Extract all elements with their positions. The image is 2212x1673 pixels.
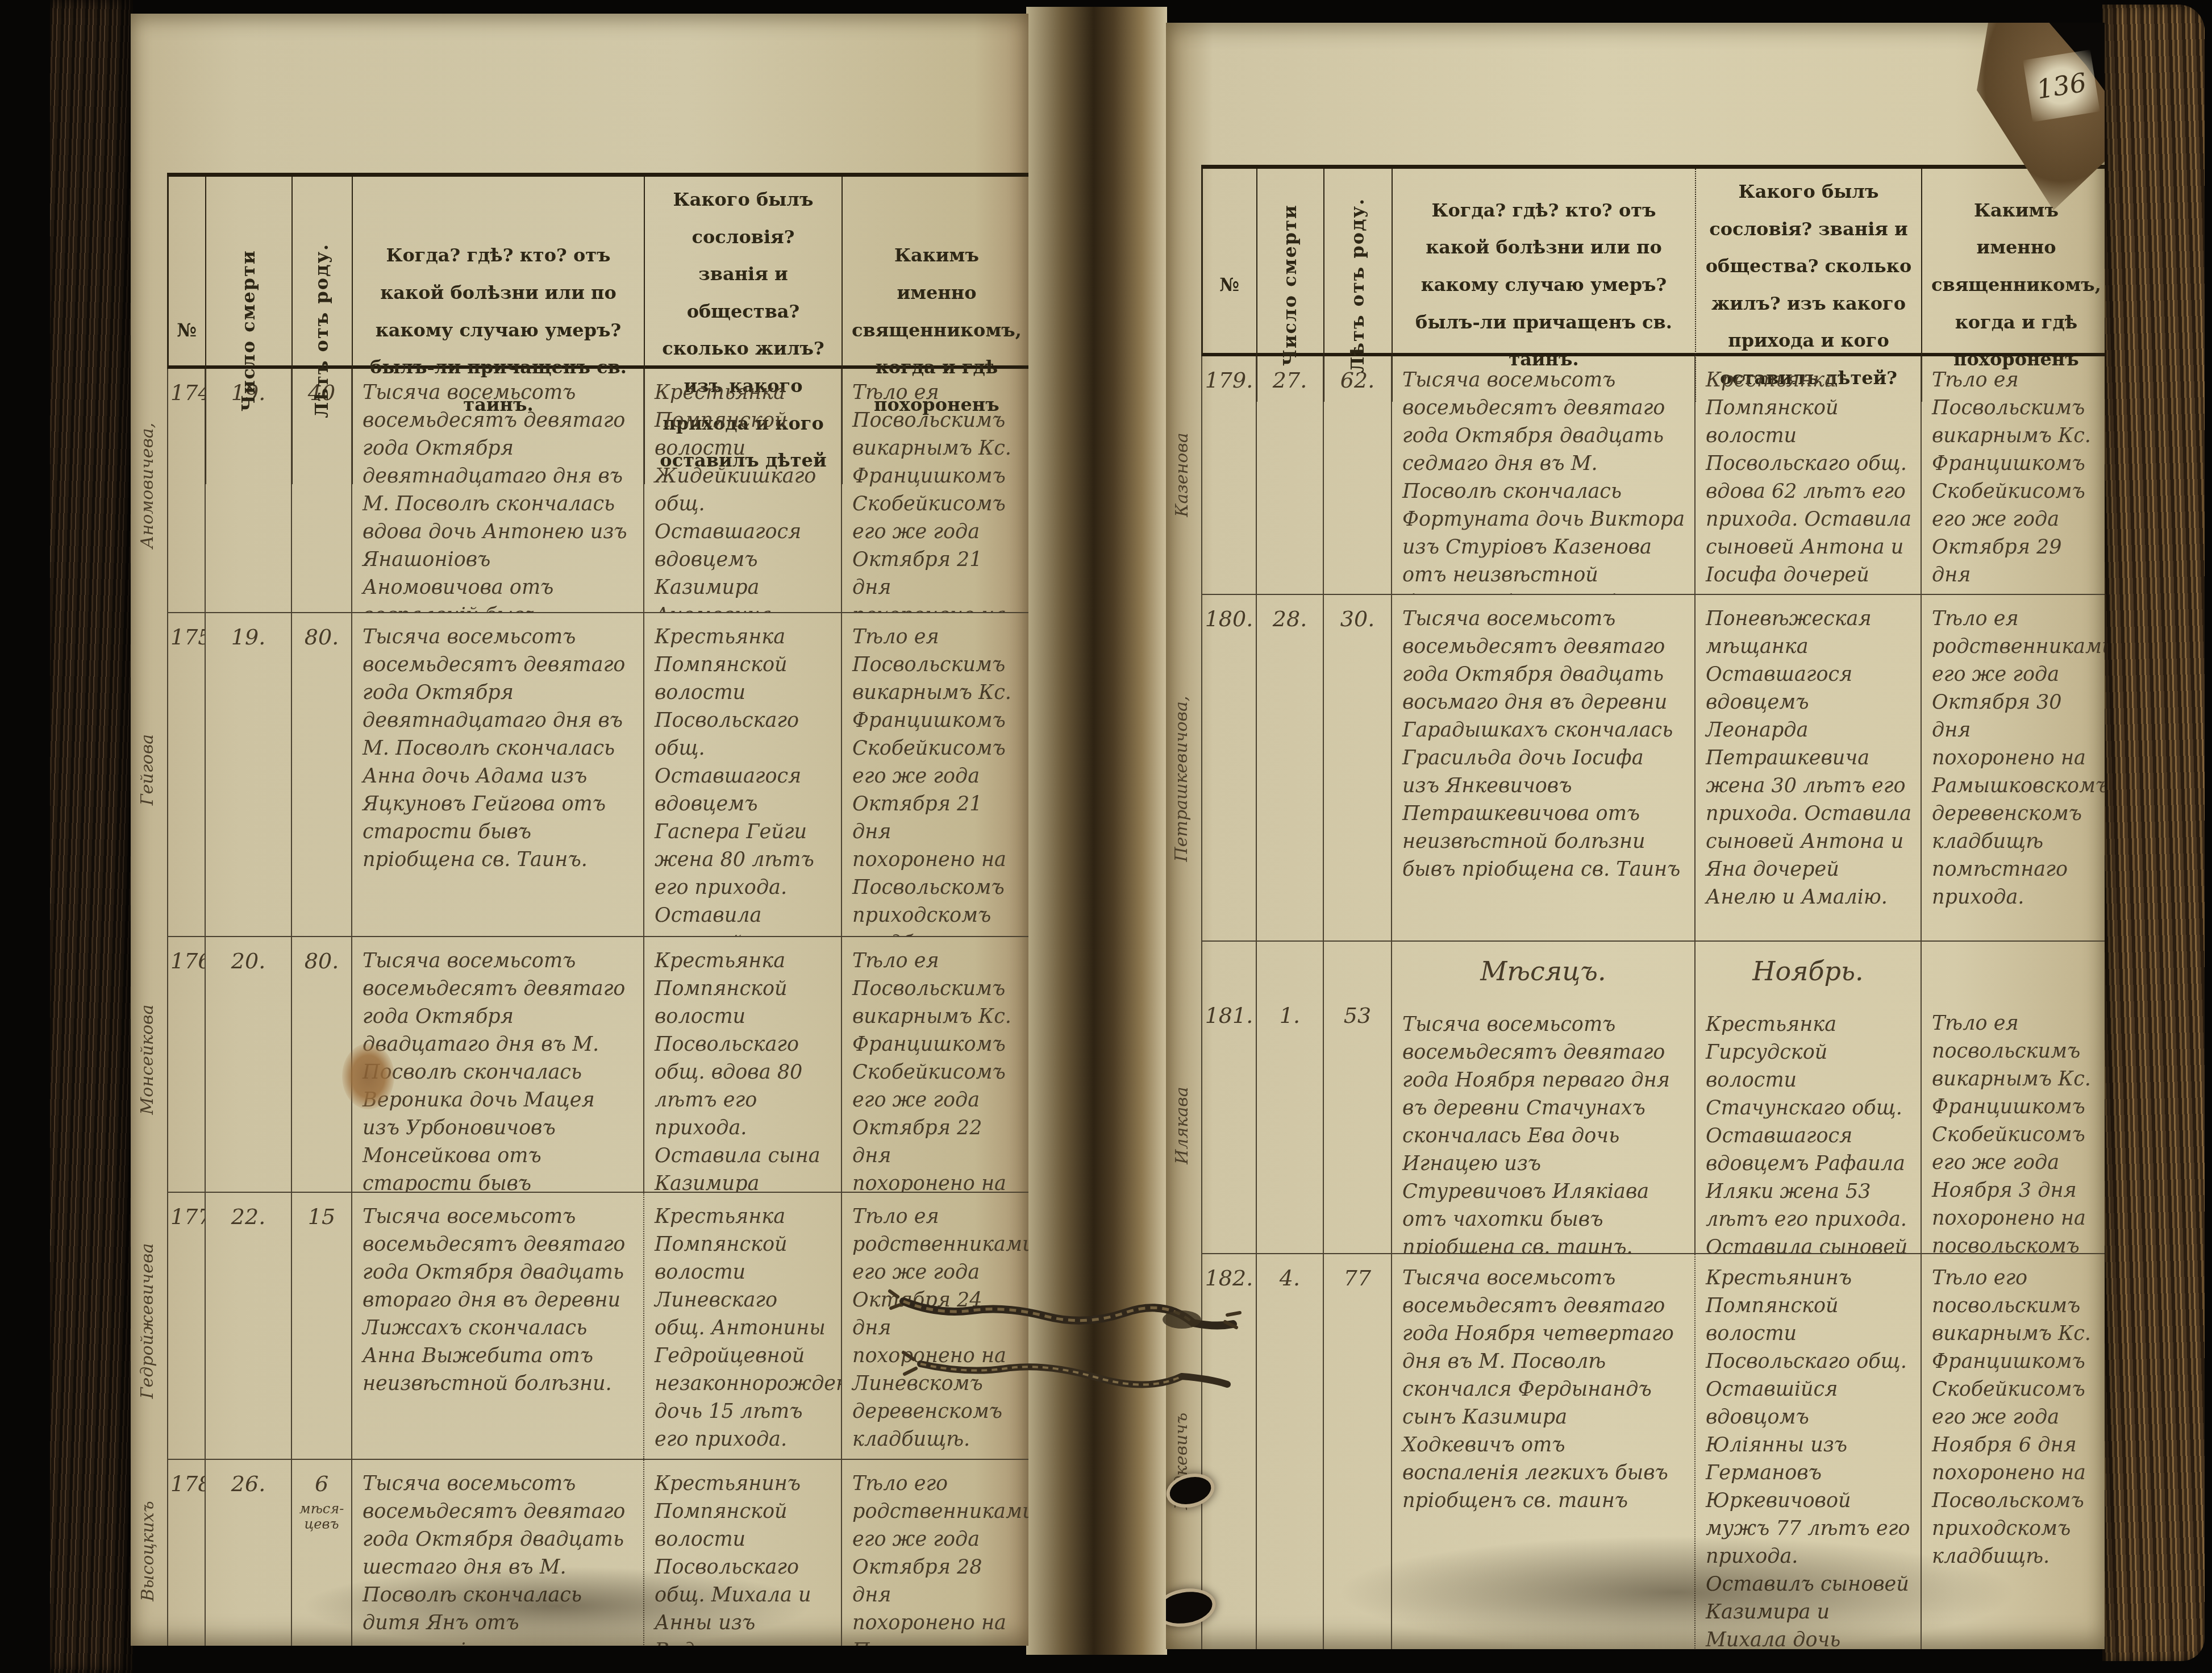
row-number: 176. (168, 937, 206, 1192)
margin-surname: Аномовичева, (132, 355, 164, 616)
age-unit: мѣся- цевъ (294, 1501, 349, 1531)
margin-surname: Илякава (1166, 966, 1198, 1284)
death-register-table-right: № Число смерти Лѣтъ отъ роду. Когда? гдѣ… (1201, 165, 2105, 1649)
age: 62. (1324, 356, 1392, 594)
table-row: 180. 28. 30. Тысяча восемьсотъ восемьдес… (1201, 595, 2105, 942)
event-cell: Тысяча восемьсотъ восемьдесятъ девятаго … (352, 613, 644, 936)
burial-cell: Тѣло ея Посвольскимъ викарнымъ Кс. Франц… (842, 937, 1028, 1192)
death-day: 1. (1257, 942, 1324, 1253)
event-cell: Тысяча восемьсотъ восемьдесятъ девятаго … (352, 937, 644, 1192)
margin-surname: Петрашкевичова, (1166, 597, 1198, 960)
age: 53 (1324, 942, 1392, 1253)
estate-cell: Крестьянка Помпянской волости Линевскаго… (644, 1193, 842, 1459)
burial-cell: Тѣло ея родственниками его же года Октяб… (1922, 595, 2105, 940)
death-day: 20. (206, 937, 292, 1192)
death-day: 4. (1257, 1254, 1324, 1649)
margin-surname: Казенова (1166, 347, 1198, 602)
burial-cell: Тѣло ея посвольскимъ викарнымъ Кс. Франц… (1922, 942, 2105, 1253)
margin-surname: Гейгова (132, 599, 164, 940)
burial-cell: Тѣло его родственниками его же года Октя… (842, 1460, 1028, 1646)
row-number: 175. (168, 613, 206, 936)
binding-thread (886, 1267, 1250, 1426)
death-day: 22. (206, 1193, 292, 1459)
event-cell: Тысяча восемьсотъ восемьдесятъ девятаго … (352, 1193, 644, 1459)
table-row: 174. 19. 40 Тысяча восемьсотъ восемьдеся… (167, 369, 1028, 613)
event-cell: Тысяча восемьсотъ восемьдесятъ девятаго … (1392, 1001, 1696, 1253)
margin-surname: Гедройжевичева (132, 1179, 164, 1463)
metrical-book-scan: Аномовичева, Гейгова Монсейкова Гедройже… (0, 0, 2212, 1673)
burial-cell: Тѣло ея Посвольскимъ викарнымъ Кс. Франц… (1922, 356, 2105, 594)
burial-cell: Тѣло ея Посвольскимъ викарнымъ Кс. Франц… (842, 613, 1028, 936)
event-cell: Тысяча восемьсотъ восемьдесятъ девятаго … (1392, 356, 1696, 594)
table-row: 176. 20. 80. Тысяча восемьсотъ восемьдес… (167, 937, 1028, 1193)
row-number: 181. (1202, 942, 1257, 1253)
death-day: 28. (1257, 595, 1324, 940)
row-number: 177. (168, 1193, 206, 1459)
margin-surname: Монсейкова (132, 923, 164, 1196)
estate-cell: Крестьянка Помпянской волости Посвольска… (644, 937, 842, 1192)
row-number: 178. (168, 1460, 206, 1646)
ink-fingerprint-stain (342, 1043, 394, 1109)
margin-surname: Высоцкихъ (132, 1457, 164, 1645)
book-page-stack-left (50, 0, 133, 1673)
estate-cell: Поневѣжеская мѣщанка Оставшагося вдовцем… (1696, 595, 1922, 940)
table-row: 175. 19. 80. Тысяча восемьсотъ восемьдес… (167, 613, 1028, 937)
estate-cell: Крестьянка Помпянской волости Посвольска… (1696, 356, 1922, 594)
right-page: Казенова Петрашкевичова, Илякава Ходкеви… (1166, 23, 2105, 1649)
page-number: 136 (2023, 49, 2100, 122)
row-number: 174. (168, 369, 206, 612)
age: 30. (1324, 595, 1392, 940)
estate-cell: Крестьянка Гирсудской волости Стачунскаг… (1696, 1001, 1922, 1253)
row-number: 179. (1202, 356, 1257, 594)
death-day: 27. (1257, 356, 1324, 594)
event-cell: Тысяча восемьсотъ восемьдесятъ девятаго … (352, 369, 644, 612)
row-number: 180. (1202, 595, 1257, 940)
book-page-stack-right (2102, 5, 2205, 1661)
table-header: № Число смерти Лѣтъ отъ роду. Когда? гдѣ… (1201, 169, 2105, 356)
table-row: 179. 27. 62. Тысяча восемьсотъ восемьдес… (1201, 356, 2105, 595)
age-value: 6 (315, 1471, 328, 1496)
table-row-with-month-header: 181. 1. 53 Мѣсяцъ. Ноябрь. Тысяча восемь… (1201, 942, 2105, 1254)
burial-cell: Тѣло ея Посвольскимъ викарнымъ Кс. Франц… (842, 369, 1028, 612)
table-header: № Число смерти Лѣтъ отъ роду. Когда? гдѣ… (167, 177, 1028, 369)
age: 15 (292, 1193, 352, 1459)
bottom-smudge (1336, 1535, 2018, 1649)
age: 80. (292, 613, 352, 936)
estate-cell: Крестьянка Помпянской волости Посвольска… (644, 613, 842, 936)
death-day: 26. (206, 1460, 292, 1646)
month-band-month: Ноябрь. (1696, 942, 1922, 1001)
death-day: 19. (206, 613, 292, 936)
bottom-smudge (301, 1566, 813, 1646)
month-band-label: Мѣсяцъ. (1392, 942, 1696, 1001)
event-cell: Тысяча восемьсотъ восемьдесятъ девятаго … (1392, 595, 1696, 940)
estate-cell: Крестьянка Помпянской волости Жидейкишка… (644, 369, 842, 612)
